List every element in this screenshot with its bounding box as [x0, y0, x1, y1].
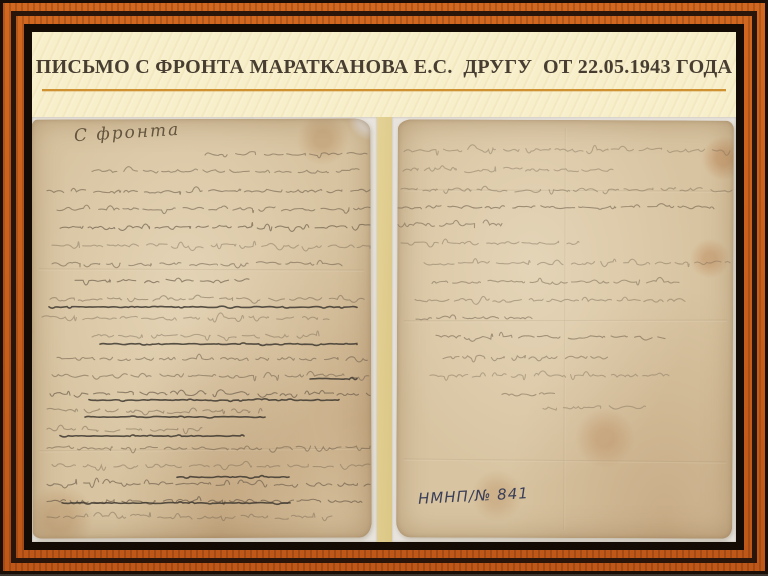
slide-background: ПИСЬМО С ФРОНТА МАРАТКАНОВА Е.С. ДРУГУ О… [32, 32, 736, 542]
page-gap [377, 117, 392, 542]
frame-stripe-orange-inner: ПИСЬМО С ФРОНТА МАРАТКАНОВА Е.С. ДРУГУ О… [16, 16, 752, 558]
letter-photograph: С фронта [32, 117, 736, 542]
frame-stripe-dark-middle: ПИСЬМО С ФРОНТА МАРАТКАНОВА Е.С. ДРУГУ О… [11, 11, 757, 563]
letter-page-right: НМНП/№ 841 [392, 117, 736, 542]
frame-stripe-orange-outer: ПИСЬМО С ФРОНТА МАРАТКАНОВА Е.С. ДРУГУ О… [3, 3, 765, 571]
slide-title: ПИСЬМО С ФРОНТА МАРАТКАНОВА Е.С. ДРУГУ О… [32, 56, 736, 79]
slide-frame-outer: ПИСЬМО С ФРОНТА МАРАТКАНОВА Е.С. ДРУГУ О… [0, 0, 768, 576]
handwriting-left [32, 117, 377, 542]
frame-stripe-dark-inner: ПИСЬМО С ФРОНТА МАРАТКАНОВА Е.С. ДРУГУ О… [24, 24, 744, 550]
title-zone: ПИСЬМО С ФРОНТА МАРАТКАНОВА Е.С. ДРУГУ О… [32, 32, 736, 117]
handwriting-right [392, 117, 736, 542]
title-underline [42, 89, 726, 91]
letter-page-left: С фронта [32, 117, 377, 542]
